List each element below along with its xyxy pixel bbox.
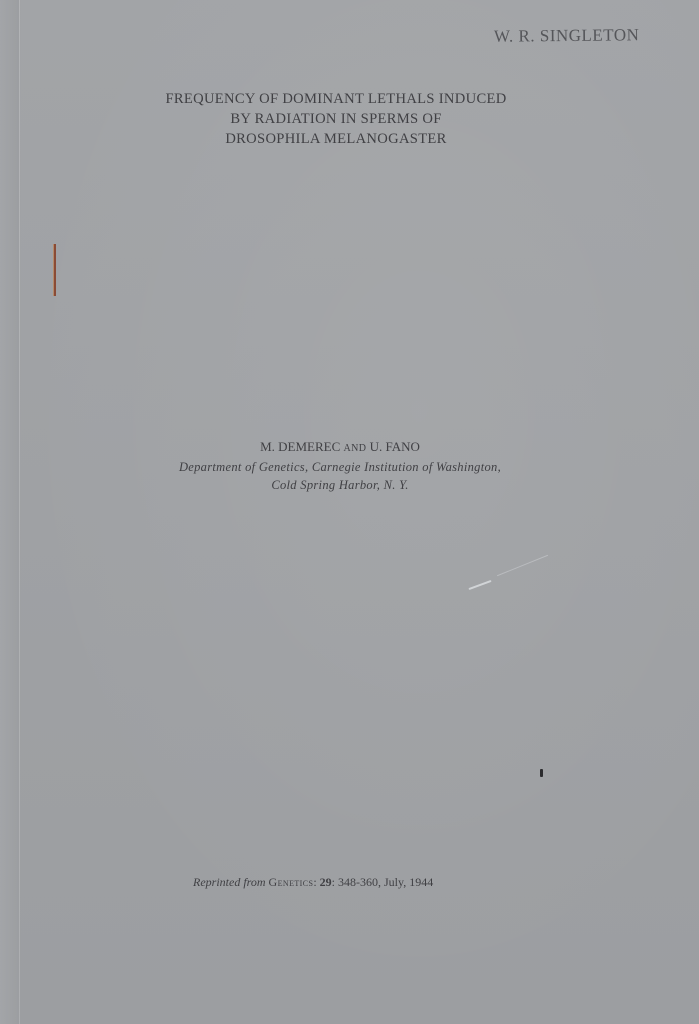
journal-volume: 29 [320,875,332,889]
reprint-prefix: Reprinted from [193,875,266,889]
reprint-citation: Reprinted from Genetics: 29: 348-360, Ju… [193,875,433,890]
author-1: M. DEMEREC [260,439,340,454]
author-line: M. DEMEREC AND U. FANO [260,439,420,454]
spine-edge [0,0,19,1024]
affiliation-line-1: Department of Genetics, Carnegie Institu… [0,458,680,476]
title-line-2: BY RADIATION IN SPERMS OF [0,109,672,129]
paper-speck [540,769,543,777]
journal-date: July, 1944 [384,875,433,889]
author-2: U. FANO [370,439,420,454]
pamphlet-cover: W. R. SINGLETON FREQUENCY OF DOMINANT LE… [0,0,699,1024]
paper-scratch [468,580,491,590]
document-title: FREQUENCY OF DOMINANT LETHALS INDUCED BY… [0,89,672,149]
journal-pages: 348-360 [338,875,378,889]
affiliation-line-2: Cold Spring Harbor, N. Y. [0,476,680,494]
title-line-3: DROSOPHILA MELANOGASTER [0,129,672,149]
paper-scratch [497,555,548,577]
author-conjunction: AND [343,443,366,454]
title-line-1: FREQUENCY OF DOMINANT LETHALS INDUCED [0,89,672,109]
spine-fold-line [19,0,21,1024]
staple-mark [53,244,56,296]
journal-name: Genetics [269,875,314,889]
owner-stamp: W. R. SINGLETON [494,25,640,47]
authors-block: M. DEMEREC AND U. FANO Department of Gen… [0,438,680,494]
